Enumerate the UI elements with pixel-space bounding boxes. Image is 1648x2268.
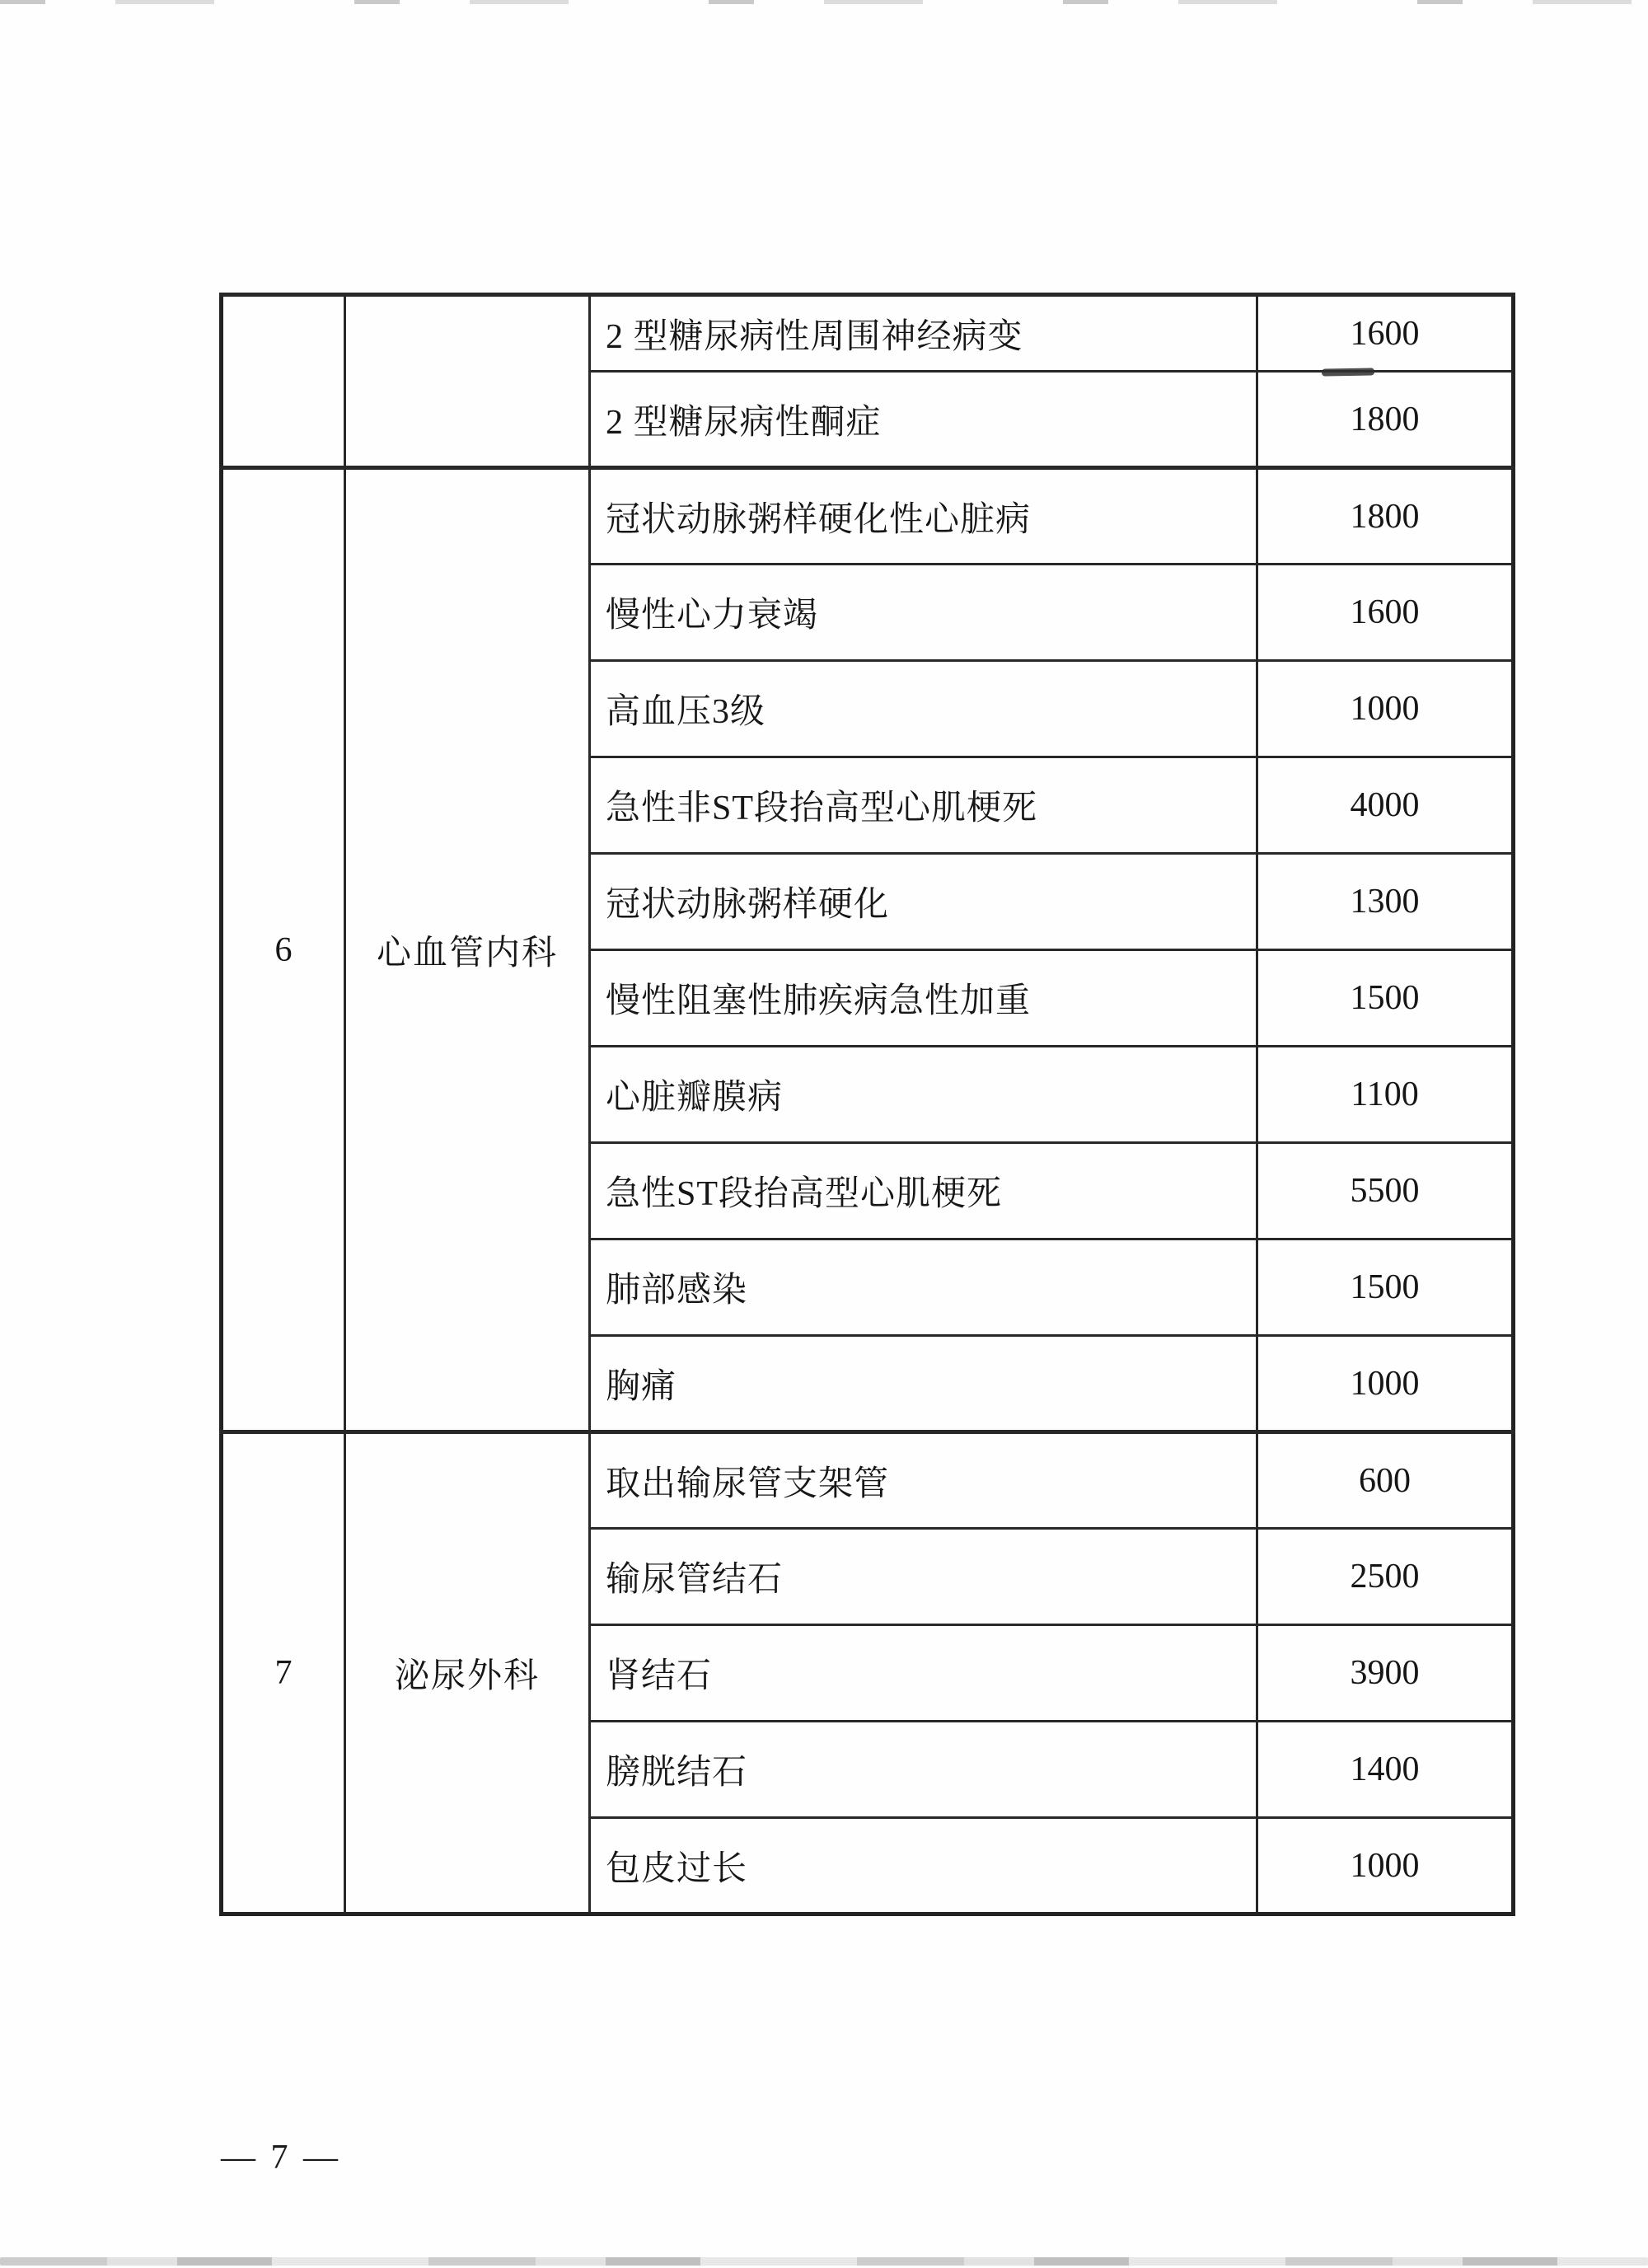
price-cell: 4000 <box>1257 757 1514 854</box>
disease-name-cell: 冠状动脉粥样硬化 <box>590 854 1257 950</box>
table-row: 2 型糖尿病性周围神经病变1600 <box>222 295 1514 372</box>
disease-name-cell: 肺部感染 <box>590 1239 1257 1336</box>
disease-name-cell: 2 型糖尿病性酮症 <box>590 372 1257 468</box>
department-cell: 心血管内科 <box>345 468 590 1432</box>
disease-name-cell: 包皮过长 <box>590 1818 1257 1914</box>
price-cell: 1800 <box>1257 468 1514 565</box>
price-cell: 1100 <box>1257 1047 1514 1143</box>
disease-name-cell: 慢性阻塞性肺疾病急性加重 <box>590 950 1257 1047</box>
scan-artifact-bottom <box>0 2257 1648 2266</box>
department-cell <box>345 295 590 468</box>
serial-number-cell: 7 <box>222 1432 345 1914</box>
price-cell: 1000 <box>1257 1818 1514 1914</box>
fee-table: 2 型糖尿病性周围神经病变16002 型糖尿病性酮症18006心血管内科冠状动脉… <box>219 293 1515 1916</box>
scan-smudge <box>1322 368 1374 376</box>
disease-name-cell: 高血压3级 <box>590 661 1257 757</box>
table-row: 7泌尿外科取出输尿管支架管600 <box>222 1432 1514 1529</box>
price-cell: 600 <box>1257 1432 1514 1529</box>
price-cell: 1000 <box>1257 1336 1514 1432</box>
department-cell: 泌尿外科 <box>345 1432 590 1914</box>
disease-name-cell: 取出输尿管支架管 <box>590 1432 1257 1529</box>
disease-name-cell: 膀胱结石 <box>590 1722 1257 1818</box>
price-cell: 1500 <box>1257 950 1514 1047</box>
price-cell: 2500 <box>1257 1529 1514 1625</box>
disease-name-cell: 输尿管结石 <box>590 1529 1257 1625</box>
price-cell: 3900 <box>1257 1625 1514 1722</box>
price-cell: 1600 <box>1257 295 1514 372</box>
table-row: 6心血管内科冠状动脉粥样硬化性心脏病1800 <box>222 468 1514 565</box>
disease-name-cell: 2 型糖尿病性周围神经病变 <box>590 295 1257 372</box>
disease-name-cell: 慢性心力衰竭 <box>590 565 1257 661</box>
disease-name-cell: 胸痛 <box>590 1336 1257 1432</box>
price-cell: 5500 <box>1257 1143 1514 1239</box>
price-cell: 1800 <box>1257 372 1514 468</box>
scan-artifact-top <box>0 0 1648 4</box>
price-cell: 1600 <box>1257 565 1514 661</box>
page-number: — 7 — <box>221 2138 341 2177</box>
price-cell: 1500 <box>1257 1239 1514 1336</box>
disease-name-cell: 肾结石 <box>590 1625 1257 1722</box>
serial-number-cell <box>222 295 345 468</box>
price-cell: 1400 <box>1257 1722 1514 1818</box>
disease-name-cell: 心脏瓣膜病 <box>590 1047 1257 1143</box>
disease-name-cell: 冠状动脉粥样硬化性心脏病 <box>590 468 1257 565</box>
serial-number-cell: 6 <box>222 468 345 1432</box>
price-cell: 1000 <box>1257 661 1514 757</box>
disease-name-cell: 急性ST段抬高型心肌梗死 <box>590 1143 1257 1239</box>
disease-name-cell: 急性非ST段抬高型心肌梗死 <box>590 757 1257 854</box>
price-cell: 1300 <box>1257 854 1514 950</box>
fee-table-body: 2 型糖尿病性周围神经病变16002 型糖尿病性酮症18006心血管内科冠状动脉… <box>222 295 1514 1914</box>
document-page: 2 型糖尿病性周围神经病变16002 型糖尿病性酮症18006心血管内科冠状动脉… <box>0 0 1648 2268</box>
